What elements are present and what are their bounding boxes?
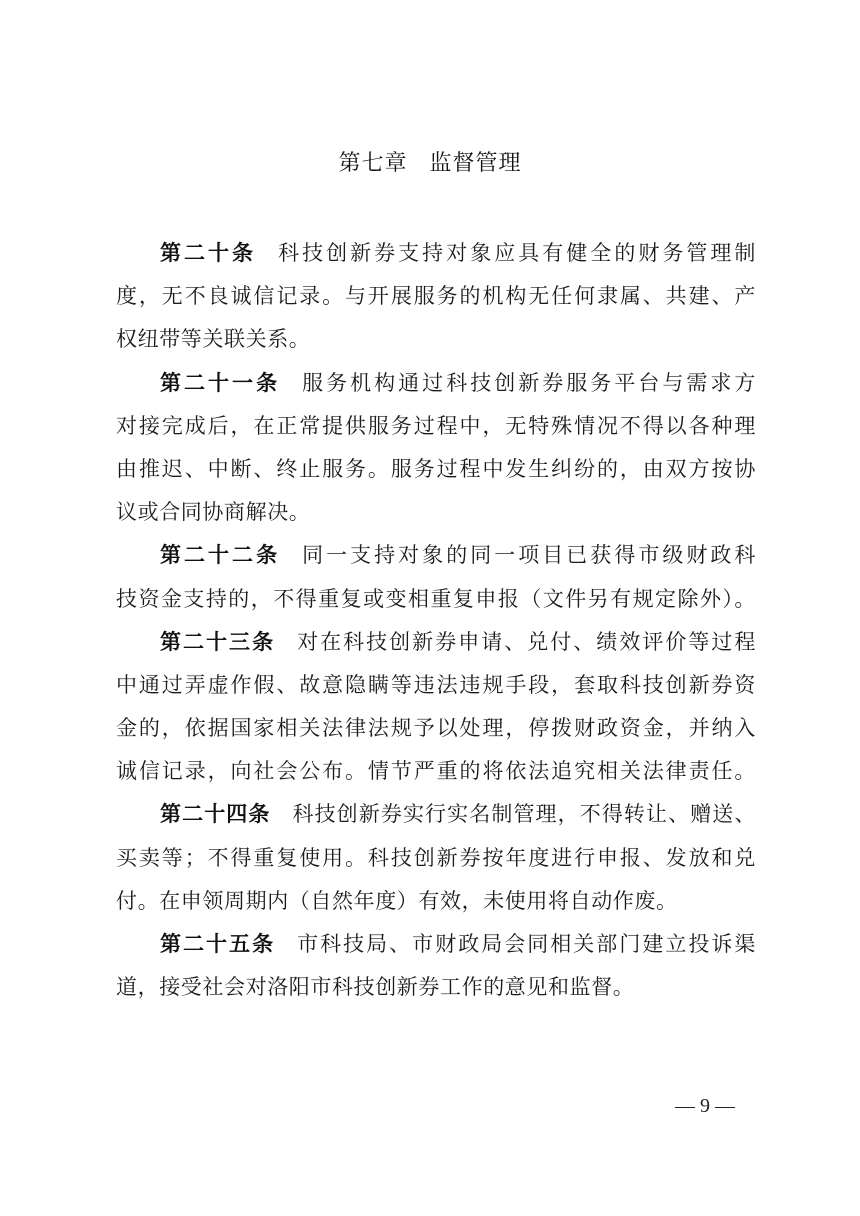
article-text: 市科技局、市财政局会同相关部门建立投诉渠 [297, 932, 756, 956]
article-23: 第二十三条对在科技创新券申请、兑付、绩效评价等过程 中通过弄虚作假、故意隐瞒等违… [116, 621, 756, 794]
chapter-title: 第七章监督管理 [0, 148, 860, 180]
article-line: 付。在申领周期内（自然年度）有效，未使用将自动作废。 [116, 880, 756, 923]
article-label: 第二十五条 [160, 932, 275, 956]
page-number: — 9 — [660, 1091, 750, 1121]
article-line: 议或合同协商解决。 [116, 491, 756, 534]
article-line: 技资金支持的，不得重复或变相重复申报（文件另有规定除外）。 [116, 578, 756, 621]
article-25: 第二十五条市科技局、市财政局会同相关部门建立投诉渠 道，接受社会对洛阳市科技创新… [116, 923, 756, 1009]
article-line: 金的，依据国家相关法律法规予以处理，停拨财政资金，并纳入 [116, 707, 756, 750]
article-21: 第二十一条服务机构通过科技创新券服务平台与需求方 对接完成后，在正常提供服务过程… [116, 362, 756, 535]
article-label: 第二十二条 [160, 543, 280, 567]
article-line: 权纽带等关联关系。 [116, 318, 756, 361]
document-body: 第二十条科技创新券支持对象应具有健全的财务管理制 度，无不良诚信记录。与开展服务… [116, 232, 756, 1009]
article-label: 第二十三条 [160, 630, 275, 654]
article-line: 买卖等；不得重复使用。科技创新券按年度进行申报、发放和兑 [116, 837, 756, 880]
article-line: 道，接受社会对洛阳市科技创新券工作的意见和监督。 [116, 966, 756, 1009]
article-text: 科技创新券支持对象应具有健全的财务管理制 [278, 241, 756, 265]
article-line: 诚信记录，向社会公布。情节严重的将依法追究相关法律责任。 [116, 750, 756, 793]
article-line: 第二十二条同一支持对象的同一项目已获得市级财政科 [116, 534, 756, 577]
chapter-number: 第七章 [338, 151, 407, 176]
article-label: 第二十一条 [160, 371, 280, 395]
article-line: 第二十五条市科技局、市财政局会同相关部门建立投诉渠 [116, 923, 756, 966]
article-text: 科技创新券实行实名制管理，不得转让、赠送、 [292, 802, 756, 826]
chapter-name: 监督管理 [430, 151, 522, 176]
article-text: 服务机构通过科技创新券服务平台与需求方 [302, 371, 756, 395]
article-text: 对在科技创新券申请、兑付、绩效评价等过程 [297, 630, 756, 654]
article-line: 由推迟、中断、终止服务。服务过程中发生纠纷的，由双方按协 [116, 448, 756, 491]
article-line: 第二十三条对在科技创新券申请、兑付、绩效评价等过程 [116, 621, 756, 664]
article-line: 第二十条科技创新券支持对象应具有健全的财务管理制 [116, 232, 756, 275]
article-24: 第二十四条科技创新券实行实名制管理，不得转让、赠送、 买卖等；不得重复使用。科技… [116, 793, 756, 923]
article-20: 第二十条科技创新券支持对象应具有健全的财务管理制 度，无不良诚信记录。与开展服务… [116, 232, 756, 362]
article-label: 第二十条 [160, 241, 256, 265]
article-line: 中通过弄虚作假、故意隐瞒等违法违规手段，套取科技创新券资 [116, 664, 756, 707]
document-page: 第七章监督管理 第二十条科技创新券支持对象应具有健全的财务管理制 度，无不良诚信… [0, 0, 860, 1216]
article-line: 第二十一条服务机构通过科技创新券服务平台与需求方 [116, 362, 756, 405]
article-22: 第二十二条同一支持对象的同一项目已获得市级财政科 技资金支持的，不得重复或变相重… [116, 534, 756, 620]
article-line: 对接完成后，在正常提供服务过程中，无特殊情况不得以各种理 [116, 405, 756, 448]
article-line: 度，无不良诚信记录。与开展服务的机构无任何隶属、共建、产 [116, 275, 756, 318]
article-text: 同一支持对象的同一项目已获得市级财政科 [302, 543, 756, 567]
article-label: 第二十四条 [160, 802, 270, 826]
article-line: 第二十四条科技创新券实行实名制管理，不得转让、赠送、 [116, 793, 756, 836]
